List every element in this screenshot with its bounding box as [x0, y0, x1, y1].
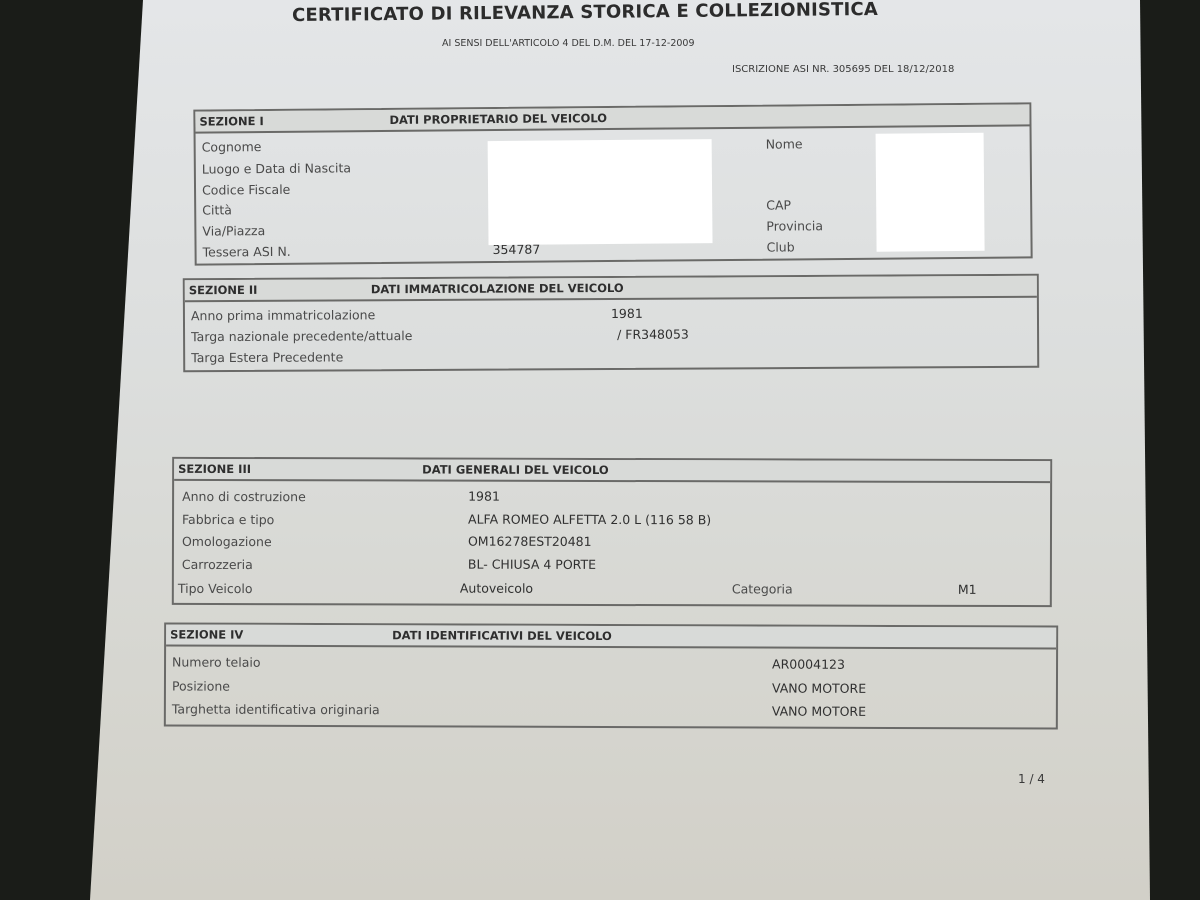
section-header: SEZIONE IV DATI IDENTIFICATIVI DEL VEICO…: [166, 624, 1056, 649]
value-omologazione: OM16278EST20481: [468, 534, 592, 549]
label-anno-prima-immatricolazione: Anno prima immatricolazione: [191, 307, 375, 323]
value-categoria: M1: [958, 582, 977, 597]
label-targhetta: Targhetta identificativa originaria: [172, 701, 380, 717]
section-number: SEZIONE II: [189, 283, 258, 297]
page-number: 1 / 4: [1018, 772, 1045, 786]
value-carrozzeria: BL- CHIUSA 4 PORTE: [468, 557, 596, 572]
value-fabbrica-tipo: ALFA ROMEO ALFETTA 2.0 L (116 58 B): [468, 512, 711, 528]
label-cognome: Cognome: [202, 139, 262, 155]
section-identification-data: SEZIONE IV DATI IDENTIFICATIVI DEL VEICO…: [164, 622, 1058, 729]
label-tipo-veicolo: Tipo Veicolo: [178, 581, 253, 596]
label-tessera-asi: Tessera ASI N.: [203, 244, 291, 260]
label-luogo-data-nascita: Luogo e Data di Nascita: [202, 160, 351, 176]
label-targa-estera: Targa Estera Precedente: [191, 349, 343, 365]
value-numero-telaio: AR0004123: [772, 657, 845, 672]
redacted-owner-details: [488, 139, 713, 245]
label-nome: Nome: [766, 136, 803, 151]
label-categoria: Categoria: [732, 581, 793, 596]
section-number: SEZIONE III: [178, 462, 251, 476]
section-header: SEZIONE II DATI IMMATRICOLAZIONE DEL VEI…: [185, 276, 1037, 302]
section-title: DATI IMMATRICOLAZIONE DEL VEICOLO: [371, 281, 624, 296]
value-targa-nazionale: / FR348053: [617, 327, 689, 342]
section-owner-data: SEZIONE I DATI PROPRIETARIO DEL VEICOLO …: [193, 102, 1032, 265]
section-title: DATI PROPRIETARIO DEL VEICOLO: [389, 111, 607, 127]
section-number: SEZIONE IV: [170, 627, 243, 641]
label-omologazione: Omologazione: [182, 534, 272, 549]
value-posizione: VANO MOTORE: [772, 681, 866, 696]
section-title: DATI GENERALI DEL VEICOLO: [422, 463, 609, 477]
label-anno-costruzione: Anno di costruzione: [182, 489, 306, 504]
value-anno-costruzione: 1981: [468, 489, 500, 504]
value-targhetta: VANO MOTORE: [772, 704, 866, 719]
label-numero-telaio: Numero telaio: [172, 654, 261, 669]
label-citta: Città: [202, 202, 232, 217]
section-number: SEZIONE I: [199, 114, 263, 129]
section-header: SEZIONE III DATI GENERALI DEL VEICOLO: [174, 459, 1050, 483]
label-codice-fiscale: Codice Fiscale: [202, 182, 290, 198]
document-subtitle: AI SENSI DELL'ARTICOLO 4 DEL D.M. DEL 17…: [442, 38, 695, 49]
label-posizione: Posizione: [172, 678, 230, 693]
registration-number: ISCRIZIONE ASI NR. 305695 DEL 18/12/2018: [732, 64, 954, 75]
label-club: Club: [766, 239, 794, 254]
section-registration-data: SEZIONE II DATI IMMATRICOLAZIONE DEL VEI…: [183, 274, 1039, 372]
label-targa-nazionale: Targa nazionale precedente/attuale: [191, 328, 412, 344]
label-cap: CAP: [766, 197, 791, 212]
certificate-page: CERTIFICATO DI RILEVANZA STORICA E COLLE…: [0, 0, 1200, 900]
value-tipo-veicolo: Autoveicolo: [460, 581, 533, 596]
section-title: DATI IDENTIFICATIVI DEL VEICOLO: [392, 628, 612, 643]
document-title: CERTIFICATO DI RILEVANZA STORICA E COLLE…: [292, 0, 878, 26]
label-fabbrica-tipo: Fabbrica e tipo: [182, 512, 274, 527]
section-header: SEZIONE I DATI PROPRIETARIO DEL VEICOLO: [195, 104, 1029, 133]
label-provincia: Provincia: [766, 218, 823, 233]
label-via-piazza: Via/Piazza: [202, 223, 265, 239]
redacted-name-details: [876, 133, 985, 252]
section-general-data: SEZIONE III DATI GENERALI DEL VEICOLO An…: [172, 457, 1052, 607]
label-carrozzeria: Carrozzeria: [182, 557, 253, 572]
value-anno-prima-immatricolazione: 1981: [611, 306, 643, 321]
